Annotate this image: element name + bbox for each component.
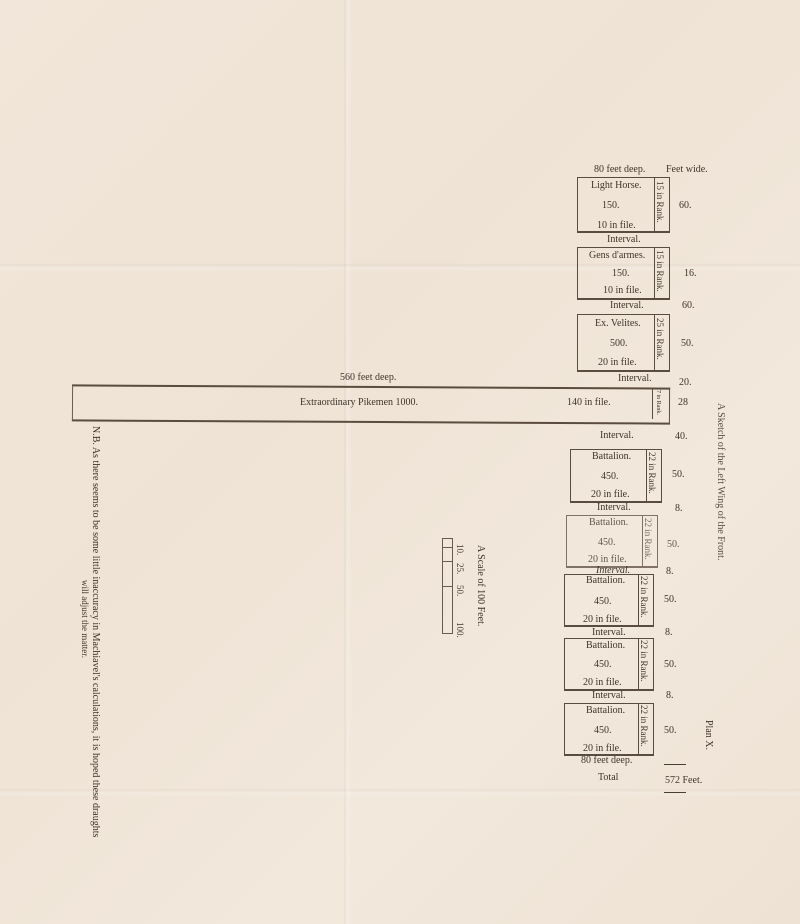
unit-file: 20 in file.: [598, 357, 637, 368]
unit-name: Battalion.: [592, 451, 631, 462]
unit-count: 450.: [601, 471, 619, 482]
interval-label: Interval.: [610, 300, 644, 311]
scale-tick-label: 50.: [455, 585, 465, 596]
unit-name: Battalion.: [586, 640, 625, 651]
interval-label: Interval.: [618, 373, 652, 384]
unit-file: 140 in file.: [567, 397, 611, 408]
unit-width: 50.: [664, 594, 677, 605]
unit-count: 450.: [598, 537, 616, 548]
interval-label: Interval.: [592, 690, 626, 701]
unit-name: Battalion.: [586, 705, 625, 716]
total-label: Total: [598, 772, 618, 783]
unit-width: 50.: [664, 725, 677, 736]
interval-width: 60.: [682, 300, 695, 311]
interval-width: 8.: [675, 503, 683, 514]
unit-name: Ex. Velites.: [595, 318, 641, 329]
unit-name: Gens d'armes.: [589, 250, 645, 261]
unit-rank: 22 in Rank.: [643, 518, 653, 560]
unit-rank: 22 in Rank.: [647, 452, 657, 494]
unit-count: 500.: [610, 338, 628, 349]
note-line-2: will adjust the matter.: [80, 580, 90, 658]
scale-title: A Scale of 100 Feet.: [475, 545, 486, 626]
interval-width: 40.: [675, 431, 688, 442]
unit-rank: 22 in Rank.: [639, 640, 649, 682]
scale-tick-label: 10.: [455, 544, 465, 555]
rank-column-divider: [652, 388, 653, 419]
unit-rank: 15 in Rank.: [655, 181, 665, 223]
unit-file: 10 in file.: [603, 285, 642, 296]
unit-file: 20 in file.: [583, 677, 622, 688]
unit-rank: 15 in Rank.: [655, 250, 665, 292]
unit-rank: 22 in Rank.: [639, 705, 649, 747]
unit-rank: 22 in Rank.: [639, 576, 649, 618]
interval-width: 20.: [679, 377, 692, 388]
scale-tick: [443, 561, 452, 562]
unit-rank: 25 in Rank.: [655, 318, 665, 360]
unit-rank: 7 in Rank.: [655, 390, 661, 415]
unit-width: 16.: [684, 268, 697, 279]
interval-label: Interval.: [600, 430, 634, 441]
plan-label: Plan X.: [703, 720, 714, 750]
unit-file: 20 in file.: [588, 554, 627, 565]
unit-width: 60.: [679, 200, 692, 211]
unit-width: 50.: [667, 539, 680, 550]
unit-file: 20 in file.: [591, 489, 630, 500]
scale-tick: [443, 586, 452, 587]
scale-tick-label: 100.: [455, 622, 465, 638]
header-depth-label: 80 feet deep.: [594, 164, 645, 175]
unit-width: 50.: [672, 469, 685, 480]
scale-tick-label: 25.: [455, 563, 465, 574]
side-title: A Sketch of the Left Wing of the Front.: [715, 403, 726, 560]
total-value: 572 Feet.: [665, 775, 702, 786]
interval-width: 8.: [665, 627, 673, 638]
note-line-1: N.B. As there seems to be some little in…: [90, 426, 101, 837]
unit-name: Light Horse.: [591, 180, 642, 191]
interval-label: Interval.: [607, 234, 641, 245]
total-rule-bottom: [664, 792, 686, 793]
unit-file: 20 in file.: [583, 743, 622, 754]
interval-width: 8.: [666, 690, 674, 701]
interval-label: Interval.: [597, 502, 631, 513]
unit-name: Battalion.: [589, 517, 628, 528]
scale-tick: [443, 547, 452, 548]
unit-name: Extraordinary Pikemen 1000.: [300, 397, 418, 408]
unit-width: 50.: [681, 338, 694, 349]
unit-count: 150.: [612, 268, 630, 279]
unit-width: 28: [678, 397, 688, 408]
interval-width: 8.: [666, 566, 674, 577]
footer-depth-label: 80 feet deep.: [581, 755, 632, 766]
scale-bar: [442, 538, 453, 634]
total-rule-top: [664, 764, 686, 765]
unit-count: 450.: [594, 596, 612, 607]
header-width-label: Feet wide.: [666, 164, 708, 175]
interval-label: Interval.: [592, 627, 626, 638]
unit-file: 20 in file.: [583, 614, 622, 625]
unit-file: 10 in file.: [597, 220, 636, 231]
unit-count: 150.: [602, 200, 620, 211]
unit-count: 450.: [594, 659, 612, 670]
pikemen-depth-label: 560 feet deep.: [340, 372, 396, 383]
unit-count: 450.: [594, 725, 612, 736]
unit-name: Battalion.: [586, 575, 625, 586]
unit-width: 50.: [664, 659, 677, 670]
